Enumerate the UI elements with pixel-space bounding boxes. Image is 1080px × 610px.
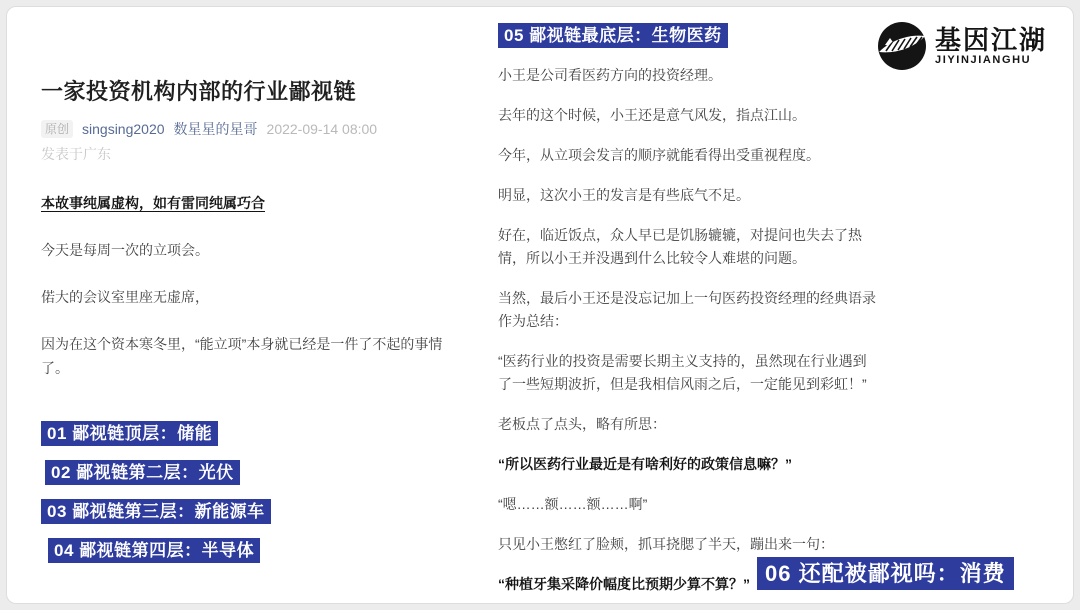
brand-name-cn: 基因江湖	[935, 26, 1047, 54]
intro-paragraph: 今天是每周一次的立项会。	[41, 238, 461, 262]
author-id-link[interactable]: singsing2020	[82, 119, 165, 139]
story-paragraph: 老板点了点头，略有所思：	[498, 413, 880, 436]
chain-heading-row: 01 鄙视链顶层：储能	[41, 421, 461, 446]
publish-location: 发表于广东	[41, 144, 461, 164]
article-title: 一家投资机构内部的行业鄙视链	[41, 77, 461, 107]
chain-heading-row: 05 鄙视链最底层：生物医药	[498, 23, 880, 48]
carp-wave-logo-icon	[877, 21, 927, 71]
brand-text: 基因江湖 JIYINJIANGHU	[935, 26, 1047, 67]
intro-paragraph: 因为在这个资本寒冬里，“能立项”本身就已经是一件了不起的事情了。	[41, 332, 461, 380]
original-tag: 原创	[41, 120, 73, 138]
story-paragraph: “嗯……额……额……啊”	[498, 493, 880, 516]
account-name-link[interactable]: 数星星的星哥	[174, 119, 258, 139]
intro-paragraph: 偌大的会议室里座无虚席，	[41, 285, 461, 309]
disclaimer-text: 本故事纯属虚构，如有雷同纯属巧合	[41, 191, 461, 215]
story-paragraph: 好在，临近饭点，众人早已是饥肠辘辘，对提问也失去了热情，所以小王并没遇到什么比较…	[498, 224, 880, 270]
chain-heading-03: 03 鄙视链第三层：新能源车	[41, 499, 271, 524]
story-paragraph: 当然，最后小王还是没忘记加上一句医药投资经理的经典语录作为总结：	[498, 287, 880, 333]
story-paragraph: 去年的这个时候，小王还是意气风发，指点江山。	[498, 104, 880, 127]
brand-name-en: JIYINJIANGHU	[935, 54, 1047, 67]
story-paragraph: 明显，这次小王的发言是有些底气不足。	[498, 184, 880, 207]
chain-heading-row: 03 鄙视链第三层：新能源车	[41, 499, 461, 524]
story-paragraph: 今年，从立项会发言的顺序就能看得出受重视程度。	[498, 144, 880, 167]
chain-heading-row: 02 鄙视链第二层：光伏	[41, 460, 461, 485]
publish-time: 2022-09-14 08:00	[267, 119, 378, 139]
screenshot-canvas: 一家投资机构内部的行业鄙视链 原创 singsing2020 数星星的星哥 20…	[0, 0, 1080, 610]
article-meta: 原创 singsing2020 数星星的星哥 2022-09-14 08:00	[41, 119, 461, 139]
article-page: 一家投资机构内部的行业鄙视链 原创 singsing2020 数星星的星哥 20…	[6, 6, 1074, 604]
chain-heading-06: 06 还配被鄙视吗：消费	[757, 557, 1014, 590]
story-paragraph: 小王是公司看医药方向的投资经理。	[498, 64, 880, 87]
story-paragraph-bold: “所以医药行业最近是有啥利好的政策信息嘛？”	[498, 453, 880, 476]
chain-heading-02: 02 鄙视链第二层：光伏	[45, 460, 240, 485]
chain-heading-list: 01 鄙视链顶层：储能 02 鄙视链第二层：光伏 03 鄙视链第三层：新能源车 …	[41, 421, 461, 563]
left-column: 一家投资机构内部的行业鄙视链 原创 singsing2020 数星星的星哥 20…	[41, 77, 461, 577]
brand-logo: 基因江湖 JIYINJIANGHU	[875, 19, 1049, 73]
chain-heading-row: 04 鄙视链第四层：半导体	[41, 538, 461, 563]
story-paragraph: 只见小王憋红了脸颊，抓耳挠腮了半天，蹦出来一句：	[498, 533, 880, 556]
story-paragraph: “医药行业的投资是需要长期主义支持的，虽然现在行业遇到了一些短期波折，但是我相信…	[498, 350, 880, 396]
chain-heading-01: 01 鄙视链顶层：储能	[41, 421, 218, 446]
right-column: 05 鄙视链最底层：生物医药 小王是公司看医药方向的投资经理。 去年的这个时候，…	[498, 23, 880, 604]
chain-heading-05: 05 鄙视链最底层：生物医药	[498, 23, 728, 48]
chain-heading-04: 04 鄙视链第四层：半导体	[48, 538, 260, 563]
